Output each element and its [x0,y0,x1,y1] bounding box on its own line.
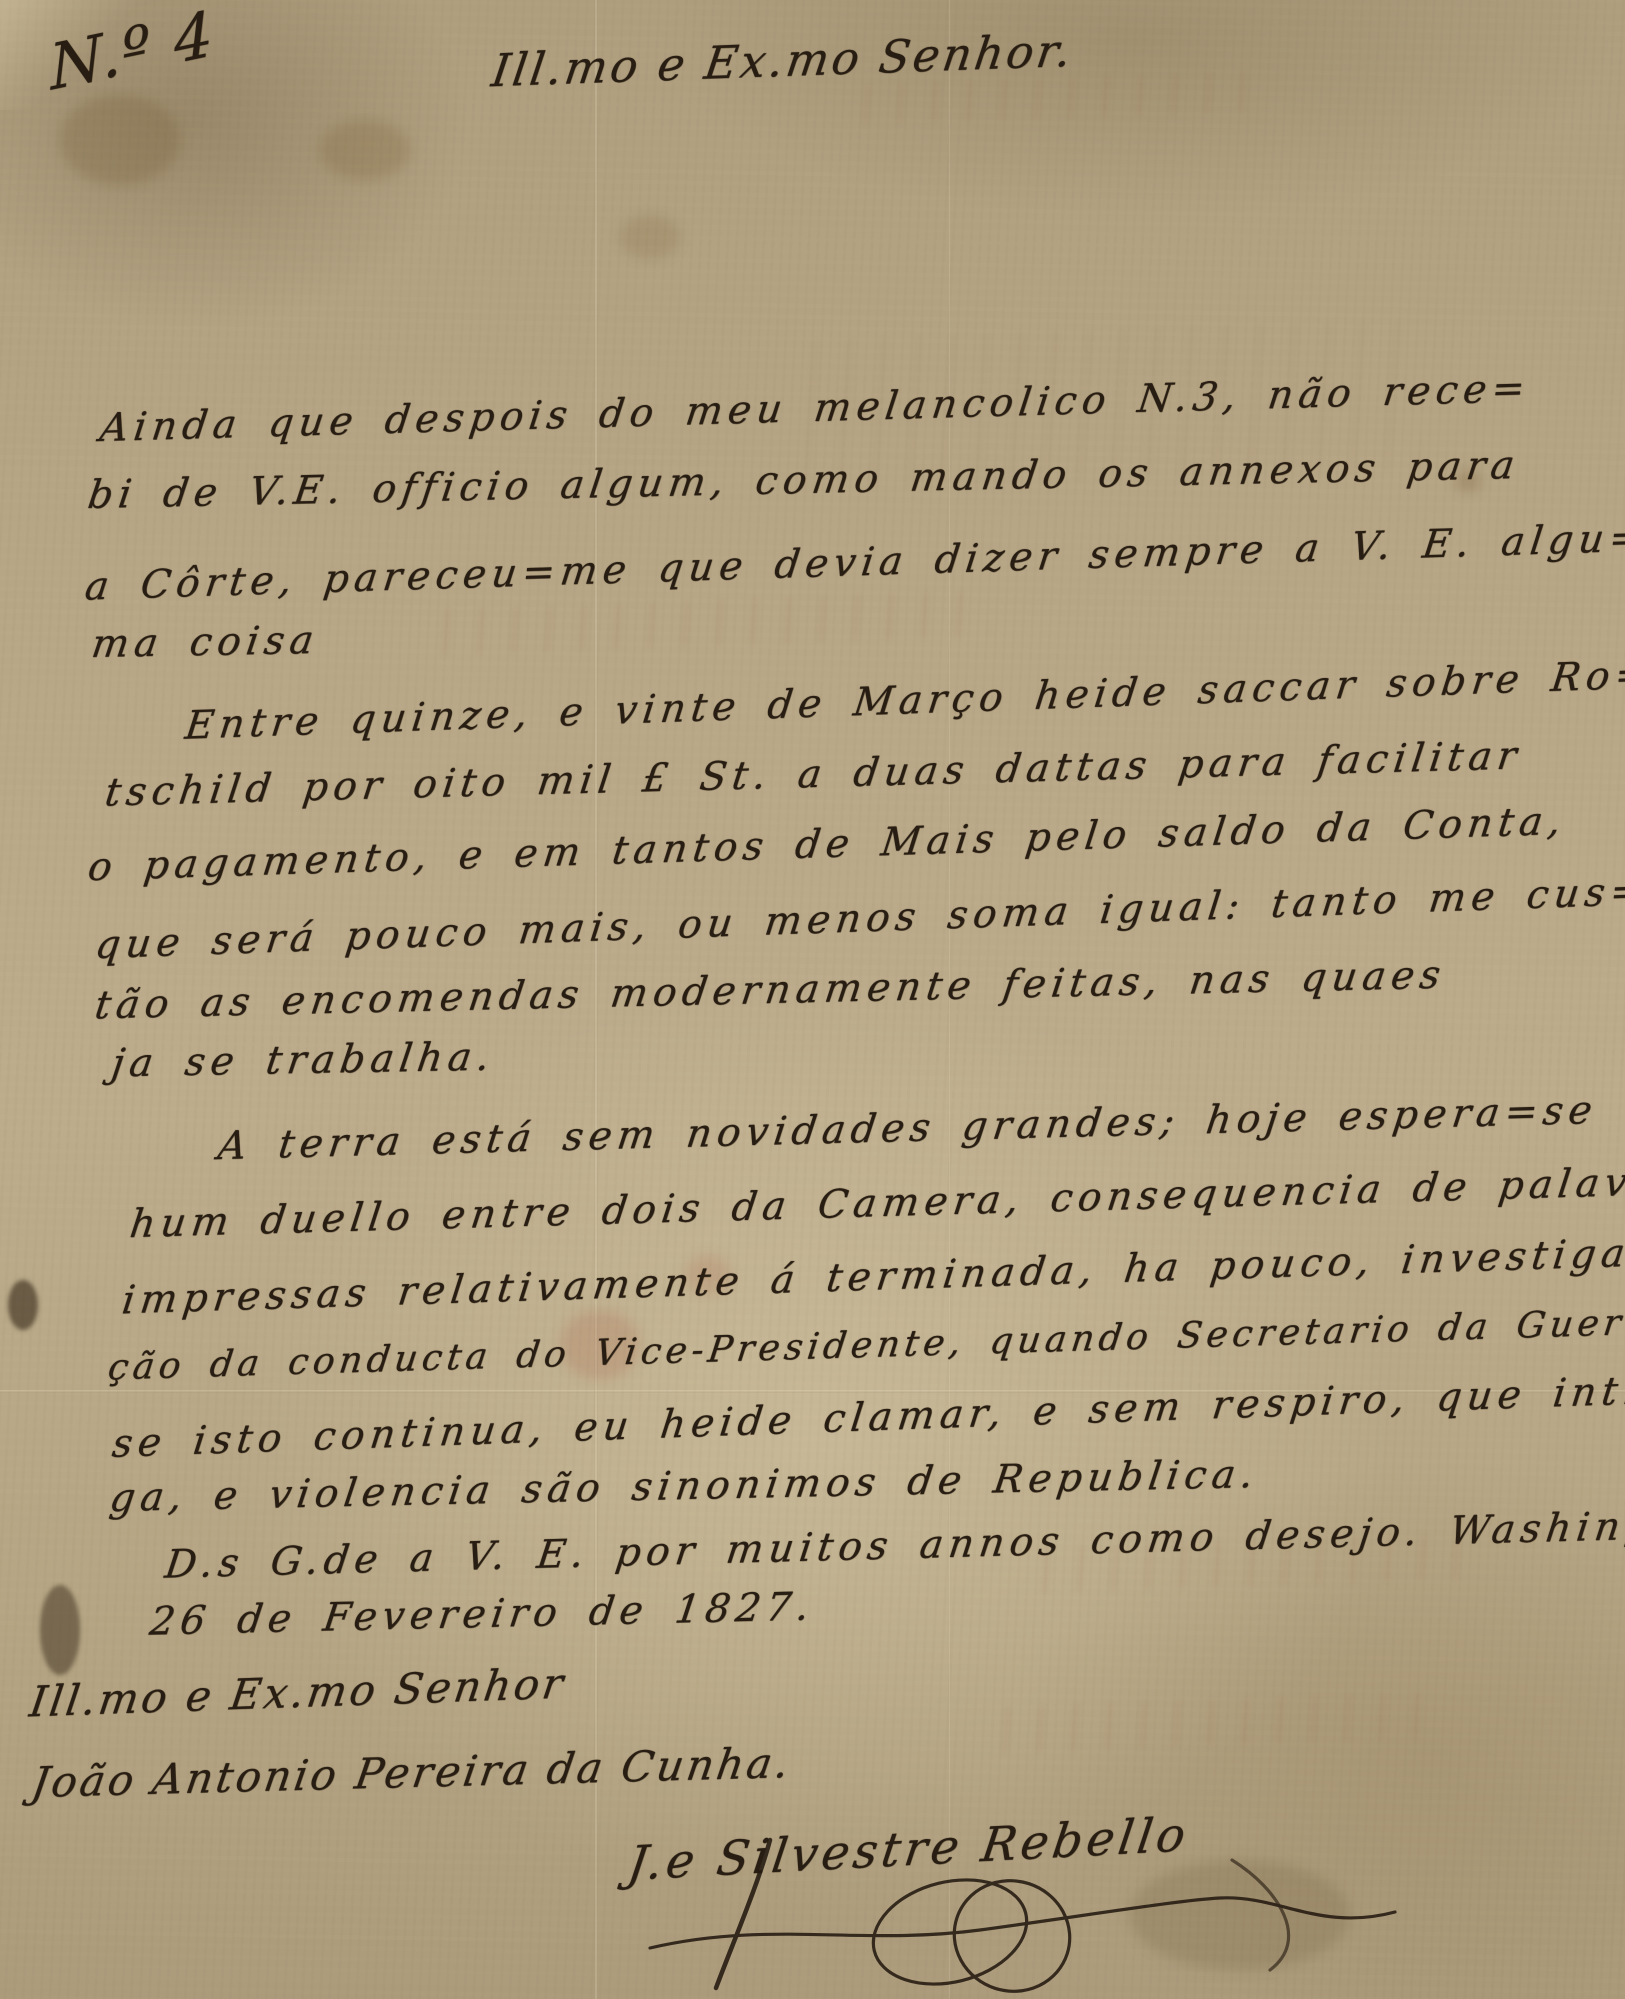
letter-line: ma coisa [89,618,322,667]
paper-stain [60,95,180,185]
letter-scan: N.º 4 Ill.mo e Ex.mo Senhor. Ainda que d… [0,0,1625,1999]
edge-ink-mark [40,1585,80,1675]
paper-stain [320,120,410,180]
edge-ink-mark [8,1280,38,1330]
letter-line: ja se trabalha. [109,1035,498,1087]
paper-stain [620,215,680,259]
signature-flourish [620,1850,1430,1999]
